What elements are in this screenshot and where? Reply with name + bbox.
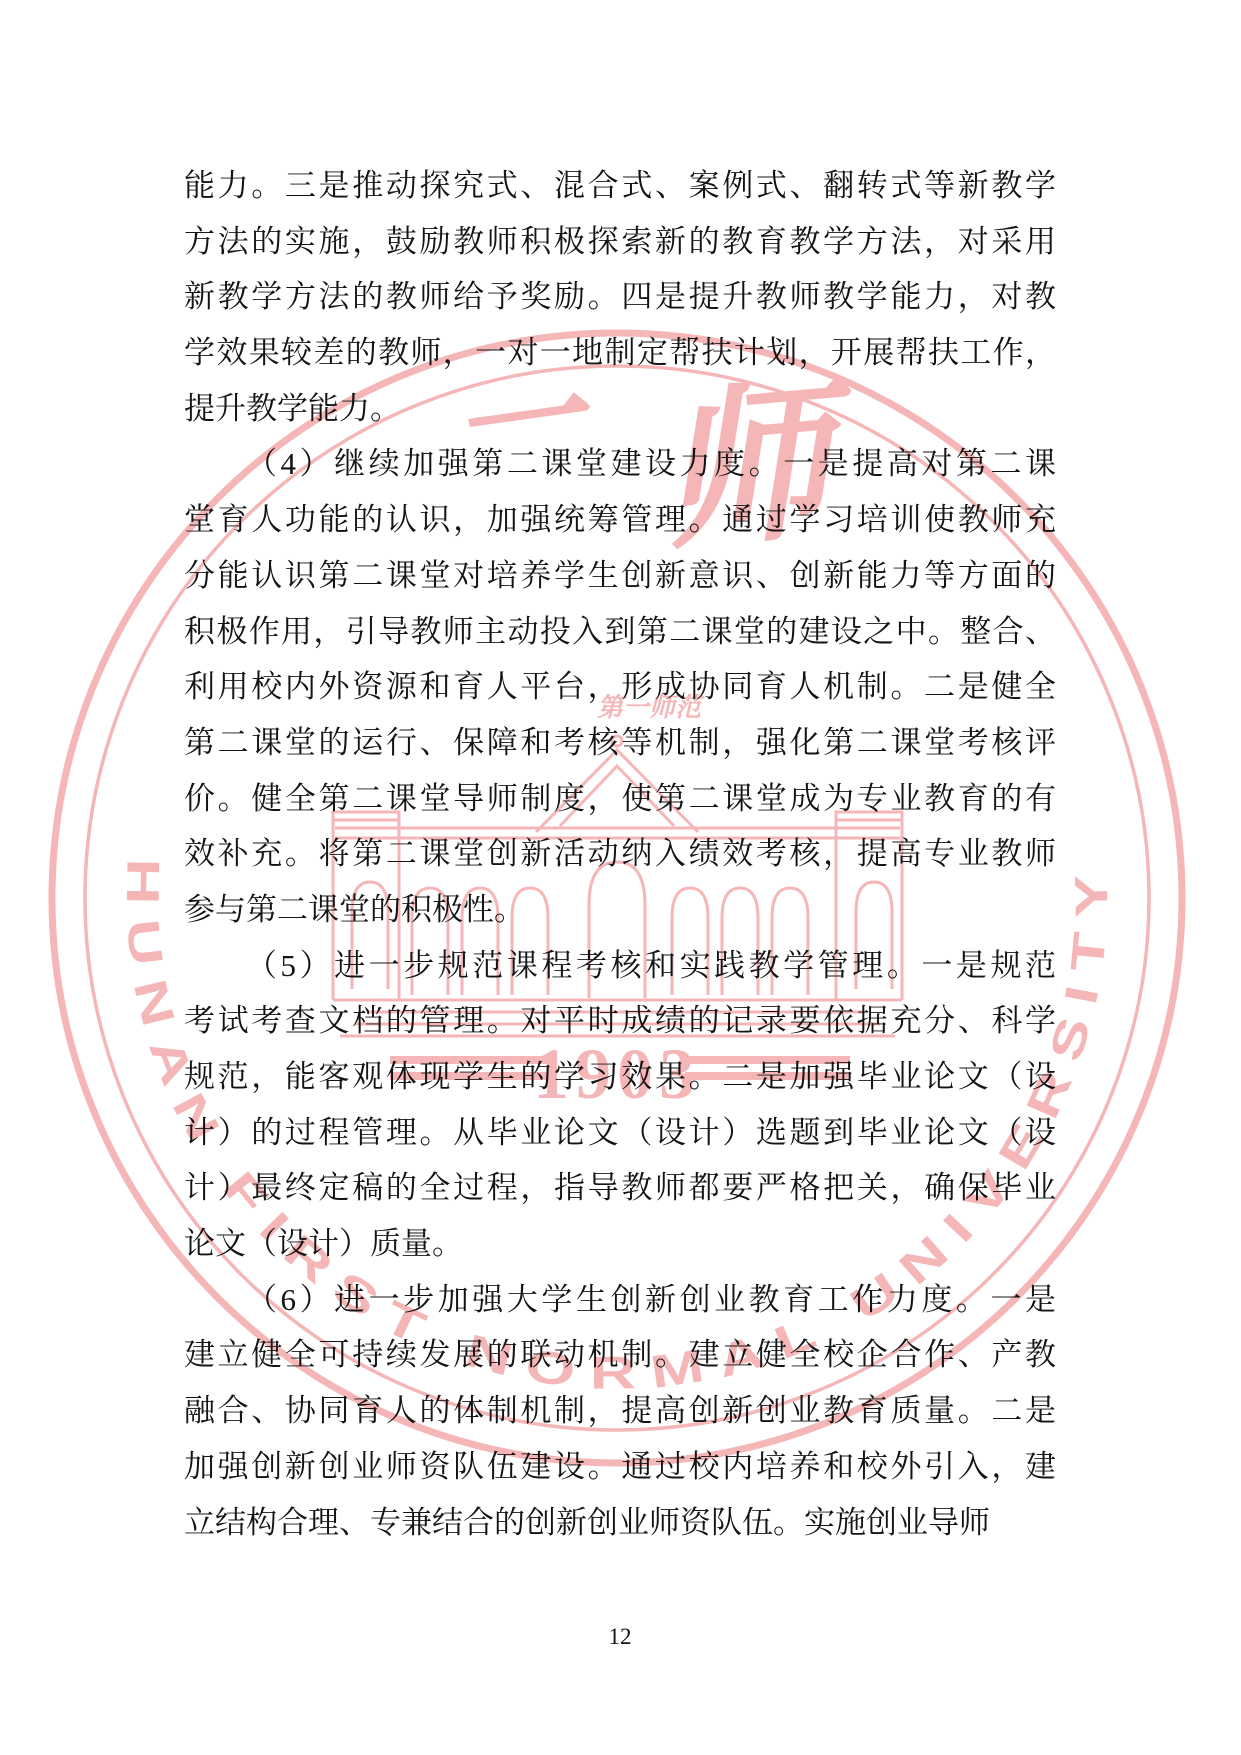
- text-line: 价。健全第二课堂导师制度，使第二课堂成为专业教育的有: [184, 771, 1056, 827]
- text-line: 效补充。将第二课堂创新活动纳入绩效考核，提高专业教师: [184, 826, 1056, 882]
- text-line: 分能认识第二课堂对培养学生创新意识、创新能力等方面的: [184, 548, 1056, 604]
- text-line: 规范，能客观体现学生的学习效果。二是加强毕业论文（设: [184, 1049, 1056, 1105]
- document-body: 能力。三是推动探究式、混合式、案例式、翻转式等新教学方法的实施，鼓励教师积极探索…: [184, 158, 1056, 1550]
- text-line: （6）进一步加强大学生创新创业教育工作力度。一是: [184, 1272, 1056, 1328]
- text-line: 加强创新创业师资队伍建设。通过校内培养和校外引入，建: [184, 1439, 1056, 1495]
- text-line: 融合、协同育人的体制机制，提高创新创业教育质量。二是: [184, 1383, 1056, 1439]
- text-line: 建立健全可持续发展的联动机制。建立健全校企合作、产教: [184, 1327, 1056, 1383]
- text-line: 积极作用，引导教师主动投入到第二课堂的建设之中。整合、: [184, 604, 1056, 660]
- text-line: 计）最终定稿的全过程，指导教师都要严格把关，确保毕业: [184, 1160, 1056, 1216]
- text-line: 参与第二课堂的积极性。: [184, 882, 1056, 938]
- text-line: 论文（设计）质量。: [184, 1216, 1056, 1272]
- text-line: 立结构合理、专兼结合的创新创业师资队伍。实施创业导师: [184, 1495, 1056, 1551]
- text-line: 新教学方法的教师给予奖励。四是提升教师教学能力，对教: [184, 269, 1056, 325]
- text-line: 利用校内外资源和育人平台，形成协同育人机制。二是健全: [184, 659, 1056, 715]
- text-line: （4）继续加强第二课堂建设力度。一是提高对第二课: [184, 436, 1056, 492]
- text-line: 提升教学能力。: [184, 381, 1056, 437]
- text-line: 方法的实施，鼓励教师积极探索新的教育教学方法，对采用: [184, 214, 1056, 270]
- document-page: HUNAN FIRST NORMAL UNIVERSITY 1903 一 师 第…: [0, 0, 1241, 1755]
- text-line: 考试考查文档的管理。对平时成绩的记录要依据充分、科学: [184, 993, 1056, 1049]
- page-number: 12: [184, 1624, 1056, 1650]
- text-line: 计）的过程管理。从毕业论文（设计）选题到毕业论文（设: [184, 1105, 1056, 1161]
- text-line: 堂育人功能的认识，加强统筹管理。通过学习培训使教师充: [184, 492, 1056, 548]
- text-line: （5）进一步规范课程考核和实践教学管理。一是规范: [184, 938, 1056, 994]
- text-line: 第二课堂的运行、保障和考核等机制，强化第二课堂考核评: [184, 715, 1056, 771]
- text-line: 学效果较差的教师，一对一地制定帮扶计划，开展帮扶工作，: [184, 325, 1056, 381]
- text-line: 能力。三是推动探究式、混合式、案例式、翻转式等新教学: [184, 158, 1056, 214]
